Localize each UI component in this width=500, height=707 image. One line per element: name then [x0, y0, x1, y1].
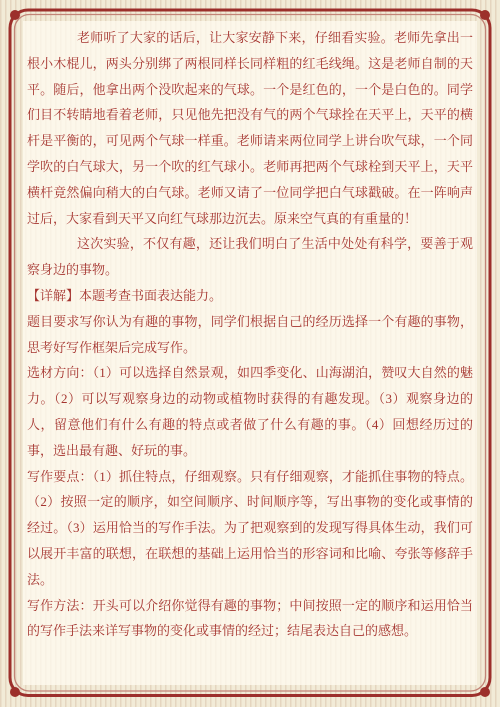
document-page: 老师听了大家的话后，让大家安静下来，仔细看实验。老师先拿出一根小木棍儿，两头分别…	[0, 0, 500, 707]
paragraph-writing-method: 写作方法：开头可以介绍你觉得有趣的事物；中间按照一定的顺序和运用恰当的写作手法来…	[27, 593, 473, 645]
paragraph-material-selection: 选材方向：（1）可以选择自然景观，如四季变化、山海湖泊，赞叹大自然的魅力。（2）…	[27, 360, 473, 463]
corner-dot-top-left-icon	[10, 10, 20, 20]
document-body: 老师听了大家的话后，让大家安静下来，仔细看实验。老师先拿出一根小木棍儿，两头分别…	[27, 25, 473, 644]
paragraph-task-requirement: 题目要求写你认为有趣的事物，同学们根据自己的经历选择一个有趣的事物，思考好写作框…	[27, 309, 473, 361]
corner-dot-bottom-right-icon	[480, 687, 490, 697]
paragraph-conclusion: 这次实验，不仅有趣，还让我们明白了生活中处处有科学，要善于观察身边的事物。	[27, 231, 473, 283]
corner-dot-bottom-left-icon	[10, 687, 20, 697]
corner-dot-top-right-icon	[480, 10, 490, 20]
paragraph-analysis-heading: 【详解】本题考查书面表达能力。	[27, 283, 473, 309]
paragraph-experiment-narrative: 老师听了大家的话后，让大家安静下来，仔细看实验。老师先拿出一根小木棍儿，两头分别…	[27, 25, 473, 231]
paragraph-writing-points: 写作要点：（1）抓住特点，仔细观察。只有仔细观察，才能抓住事物的特点。（2）按照…	[27, 464, 473, 593]
